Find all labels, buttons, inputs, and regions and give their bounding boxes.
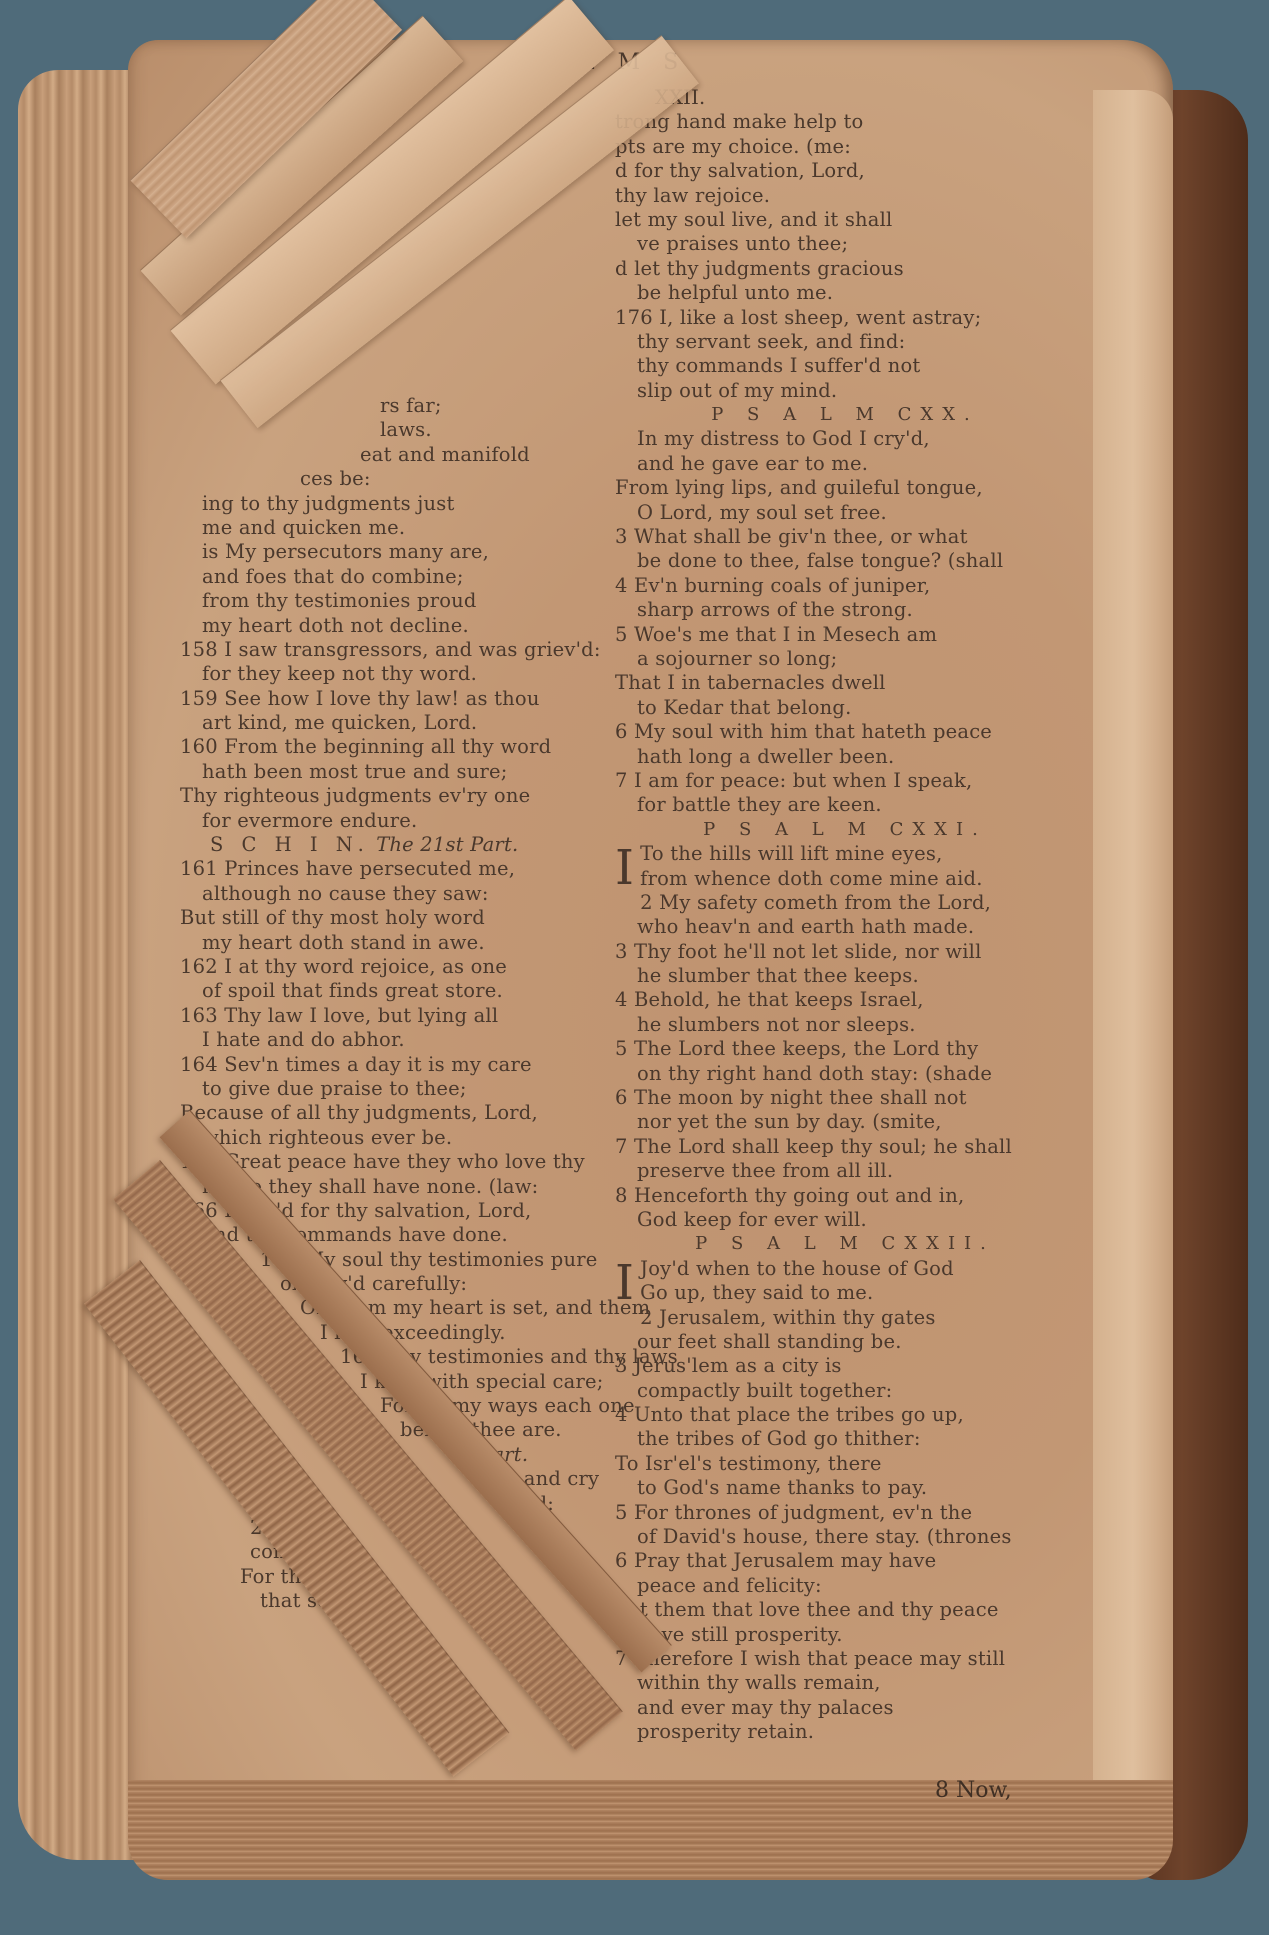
text-line: for they keep not thy word. (180, 662, 620, 686)
page-right-margin (1093, 90, 1173, 1840)
text-line: 2 My safety cometh from the Lord, (615, 891, 1075, 915)
text-line: thy commands I suffer'd not (615, 354, 1075, 378)
text-line: my heart doth not decline. (180, 614, 620, 638)
psalm-heading-cxx: P S A L M CXX. (615, 403, 1075, 427)
text-line: 5 Woe's me that I in Mesech am (615, 623, 1075, 647)
text-line: 6 Pray that Jerusalem may have (615, 1549, 1075, 1573)
text-line: ing to thy judgments just (180, 492, 620, 516)
text-line: 4 Unto that place the tribes go up, (615, 1403, 1075, 1427)
text-line: although no cause they saw: (180, 882, 620, 906)
text-line: 165 Great peace have they who love thy (180, 1150, 620, 1174)
schin-letters: S C H I N. (210, 833, 370, 856)
text-line: which righteous ever be. (180, 1126, 620, 1150)
text-line: is My persecutors many are, (180, 540, 620, 564)
text-line: trong hand make help to (615, 110, 1075, 134)
text-line: be done to thee, false tongue? (shall (615, 549, 1075, 573)
text-line: ces be: (180, 467, 620, 491)
text-line: hath been most true and sure; (180, 760, 620, 784)
text-line: 5 For thrones of judgment, ev'n the (615, 1501, 1075, 1525)
text-line: who heav'n and earth hath made. (615, 915, 1075, 939)
text-line: I hate and do abhor. (180, 1028, 620, 1052)
text-line: prosperity retain. (615, 1720, 1075, 1744)
text-line: That I in tabernacles dwell (615, 671, 1075, 695)
text-line: from thy testimonies proud (180, 589, 620, 613)
text-line: 6 My soul with him that hateth peace (615, 720, 1075, 744)
text-line: for evermore endure. (180, 809, 620, 833)
text-line: 8 Henceforth thy going out and in, (615, 1184, 1075, 1208)
section-heading-schin: S C H I N. The 21st Part. (180, 833, 620, 857)
psalm-cxxii-opening: I Joy'd when to the house of God Go up, … (615, 1257, 1075, 1306)
text-line: 5 The Lord thee keeps, the Lord thy (615, 1037, 1075, 1061)
text-line: But still of thy most holy word (180, 906, 620, 930)
text-line: 4 Behold, he that keeps Israel, (615, 988, 1075, 1012)
text-line: 163 Thy law I love, but lying all (180, 1004, 620, 1028)
text-line: to God's name thanks to pay. (615, 1476, 1075, 1500)
text-line: from whence doth come mine aid. (615, 867, 1075, 891)
text-line: 160 From the beginning all thy word (180, 735, 620, 759)
text-line: art kind, me quicken, Lord. (180, 711, 620, 735)
text-line: he slumbers not nor sleeps. (615, 1013, 1075, 1037)
text-line: Joy'd when to the house of God (615, 1257, 1075, 1281)
text-line: and he gave ear to me. (615, 452, 1075, 476)
text-line: be helpful unto me. (615, 281, 1075, 305)
text-line: 7 The Lord shall keep thy soul; he shall (615, 1135, 1075, 1159)
text-line: laws. (180, 418, 620, 442)
psalm-heading-cxxii: P S A L M CXXII. (615, 1232, 1075, 1256)
text-line: our feet shall standing be. (615, 1330, 1075, 1354)
text-line: peace and felicity: (615, 1574, 1075, 1598)
text-line: 7 Therefore I wish that peace may still (615, 1647, 1075, 1671)
text-line: eat and manifold (180, 443, 620, 467)
text-line: to Kedar that belong. (615, 696, 1075, 720)
text-line: a sojourner so long; (615, 647, 1075, 671)
text-line: d let thy judgments gracious (615, 257, 1075, 281)
text-line: 3 What shall be giv'n thee, or what (615, 525, 1075, 549)
text-line: have still prosperity. (615, 1623, 1075, 1647)
part-label: The 21st Part. (376, 833, 518, 856)
text-line: To the hills will lift mine eyes, (615, 842, 1075, 866)
text-line: 7 I am for peace: but when I speak, (615, 769, 1075, 793)
text-line: 164 Sev'n times a day it is my care (180, 1053, 620, 1077)
text-line: 158 I saw transgressors, and was griev'd… (180, 638, 620, 662)
catchword: 8 Now, (935, 1778, 1012, 1803)
text-line: slip out of my mind. (615, 379, 1075, 403)
text-line: he slumber that thee keeps. (615, 964, 1075, 988)
text-line: 161 Princes have persecuted me, (180, 857, 620, 881)
text-line: 159 See how I love thy law! as thou (180, 687, 620, 711)
text-line: ve praises unto thee; (615, 232, 1075, 256)
page-edges-bottom (128, 1780, 1173, 1880)
text-line: 176 I, like a lost sheep, went astray; (615, 306, 1075, 330)
text-line: pts are my choice. (me: (615, 135, 1075, 159)
text-line: 2 Jerusalem, within thy gates (615, 1306, 1075, 1330)
text-line: In my distress to God I cry'd, (615, 427, 1075, 451)
text-line: compactly built together: (615, 1379, 1075, 1403)
text-line: 3 Jerus'lem as a city is (615, 1354, 1075, 1378)
text-line: Go up, they said to me. (615, 1281, 1075, 1305)
text-line: on thy right hand doth stay: (shade (615, 1062, 1075, 1086)
text-line: thy servant seek, and find: (615, 330, 1075, 354)
text-line: To Isr'el's testimony, there (615, 1452, 1075, 1476)
text-line: preserve thee from all ill. (615, 1159, 1075, 1183)
right-column: XXII. trong hand make help to pts are my… (615, 86, 1075, 1745)
text-line: to give due praise to thee; (180, 1077, 620, 1101)
text-line: sharp arrows of the strong. (615, 598, 1075, 622)
text-line: From lying lips, and guileful tongue, (615, 476, 1075, 500)
text-line: 4 Ev'n burning coals of juniper, (615, 574, 1075, 598)
text-line: 3 Thy foot he'll not let slide, nor will (615, 940, 1075, 964)
text-line: of David's house, there stay. (thrones (615, 1525, 1075, 1549)
text-line: for battle they are keen. (615, 793, 1075, 817)
text-line: nor yet the sun by day. (smite, (615, 1110, 1075, 1134)
text-line: d for thy salvation, Lord, (615, 159, 1075, 183)
text-line: within thy walls remain, (615, 1671, 1075, 1695)
text-line: Let them that love thee and thy peace (615, 1598, 1075, 1622)
psalm-cxxi-opening: I To the hills will lift mine eyes, from… (615, 842, 1075, 891)
text-line: hath long a dweller been. (615, 745, 1075, 769)
psalm-heading-cxxi: P S A L M CXXI. (615, 818, 1075, 842)
text-line: let my soul live, and it shall (615, 208, 1075, 232)
text-line: 162 I at thy word rejoice, as one (180, 955, 620, 979)
text-line: Because of all thy judgments, Lord, (180, 1101, 620, 1125)
text-line: God keep for ever will. (615, 1208, 1075, 1232)
text-line: Thy righteous judgments ev'ry one (180, 784, 620, 808)
text-line: and ever may thy palaces (615, 1696, 1075, 1720)
text-line: and foes that do combine; (180, 565, 620, 589)
text-line: of spoil that finds great store. (180, 979, 620, 1003)
text-line: my heart doth stand in awe. (180, 931, 620, 955)
text-line: the tribes of God go thither: (615, 1427, 1075, 1451)
text-line: thy law rejoice. (615, 184, 1075, 208)
text-line: 6 The moon by night thee shall not (615, 1086, 1075, 1110)
text-line: O Lord, my soul set free. (615, 501, 1075, 525)
text-line: me and quicken me. (180, 516, 620, 540)
